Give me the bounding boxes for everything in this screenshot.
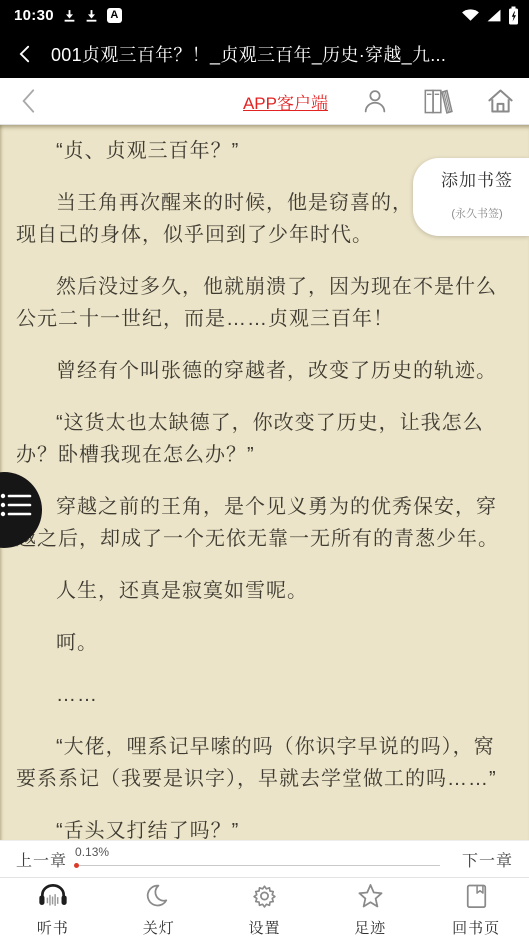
nav-item-listen[interactable]: 听书 <box>0 878 106 942</box>
nav-label: 足迹 <box>354 917 386 938</box>
clock: 10:30 <box>14 7 54 24</box>
book-page-icon <box>462 882 491 915</box>
add-bookmark-label: 添加书签 <box>441 165 513 197</box>
bottom-navigation: 听书 关灯 设置 足迹 回书页 <box>0 877 529 942</box>
next-chapter-button[interactable]: 下一章 <box>462 848 513 871</box>
paragraph: 呵。 <box>16 627 513 659</box>
nav-label: 回书页 <box>452 917 500 938</box>
bookshelf-icon[interactable] <box>422 87 453 116</box>
wifi-icon <box>461 9 480 22</box>
nav-label: 关灯 <box>143 917 175 938</box>
paragraph: “这货太也太缺德了，你改变了历史，让我怎么办？卧槽我现在怎么办？” <box>16 407 513 471</box>
nav-item-settings[interactable]: 设置 <box>212 878 318 942</box>
status-bar: 10:30 A <box>0 0 529 30</box>
paragraph: …… <box>16 679 513 711</box>
download-icon <box>63 9 76 22</box>
app-header: APP客户端 <box>0 78 529 125</box>
star-icon <box>355 882 386 915</box>
nav-label: 听书 <box>37 917 69 938</box>
app-notification-icon: A <box>107 8 122 23</box>
nav-item-lights-off[interactable]: 关灯 <box>106 878 212 942</box>
page-title: 001贞观三百年？！_贞观三百年_历史·穿越_九... <box>51 41 446 67</box>
bookmark-type-label: (永久书签) <box>441 198 513 230</box>
slider-thumb[interactable] <box>74 863 79 868</box>
moon-icon <box>144 882 173 915</box>
chapter-progress-bar: 上一章 0.13% 下一章 <box>0 840 529 877</box>
status-bar-right <box>461 6 519 25</box>
list-menu-icon <box>0 488 33 532</box>
home-icon[interactable] <box>486 87 515 115</box>
user-icon[interactable] <box>361 87 389 115</box>
headphones-icon <box>36 882 70 915</box>
add-bookmark-button[interactable]: 添加书签 (永久书签) <box>413 158 529 236</box>
slider-track <box>75 865 440 866</box>
reading-area[interactable]: “贞、贞观三百年？”当王角再次醒来的时候，他是窃喜的，因为他发现自己的身体，似乎… <box>0 125 529 840</box>
prev-chapter-button[interactable]: 上一章 <box>16 848 67 871</box>
progress-slider[interactable]: 0.13% <box>75 841 450 877</box>
chapter-text: “贞、贞观三百年？”当王角再次醒来的时候，他是窃喜的，因为他发现自己的身体，似乎… <box>16 135 513 840</box>
nav-item-footprints[interactable]: 足迹 <box>317 878 423 942</box>
cellular-signal-icon <box>487 9 501 22</box>
paragraph: 曾经有个叫张德的穿越者，改变了历史的轨迹。 <box>16 355 513 387</box>
app-client-link[interactable]: APP客户端 <box>243 89 328 114</box>
back-icon[interactable] <box>14 43 36 65</box>
progress-percent: 0.13% <box>75 845 109 859</box>
nav-label: 设置 <box>248 917 280 938</box>
paragraph: “大佬，哩系记早嗦的吗（你识字早说的吗），窝要系系记（我要是识字），早就去学堂做… <box>16 731 513 795</box>
paragraph: 然后没过多久，他就崩溃了，因为现在不是什么公元二十一世纪，而是……贞观三百年！ <box>16 271 513 335</box>
paragraph: “舌头又打结了吗？” <box>16 815 513 840</box>
paragraph: 穿越之前的王角，是个见义勇为的优秀保安，穿越之后，却成了一个无依无靠一无所有的青… <box>16 491 513 555</box>
back-chevron-icon[interactable] <box>16 86 42 116</box>
download-icon <box>85 9 98 22</box>
title-bar: 001贞观三百年？！_贞观三百年_历史·穿越_九... <box>0 30 529 78</box>
battery-charging-icon <box>508 6 519 25</box>
nav-item-back-to-book[interactable]: 回书页 <box>423 878 529 942</box>
paragraph: 人生，还真是寂寞如雪呢。 <box>16 575 513 607</box>
gear-icon <box>250 882 279 915</box>
